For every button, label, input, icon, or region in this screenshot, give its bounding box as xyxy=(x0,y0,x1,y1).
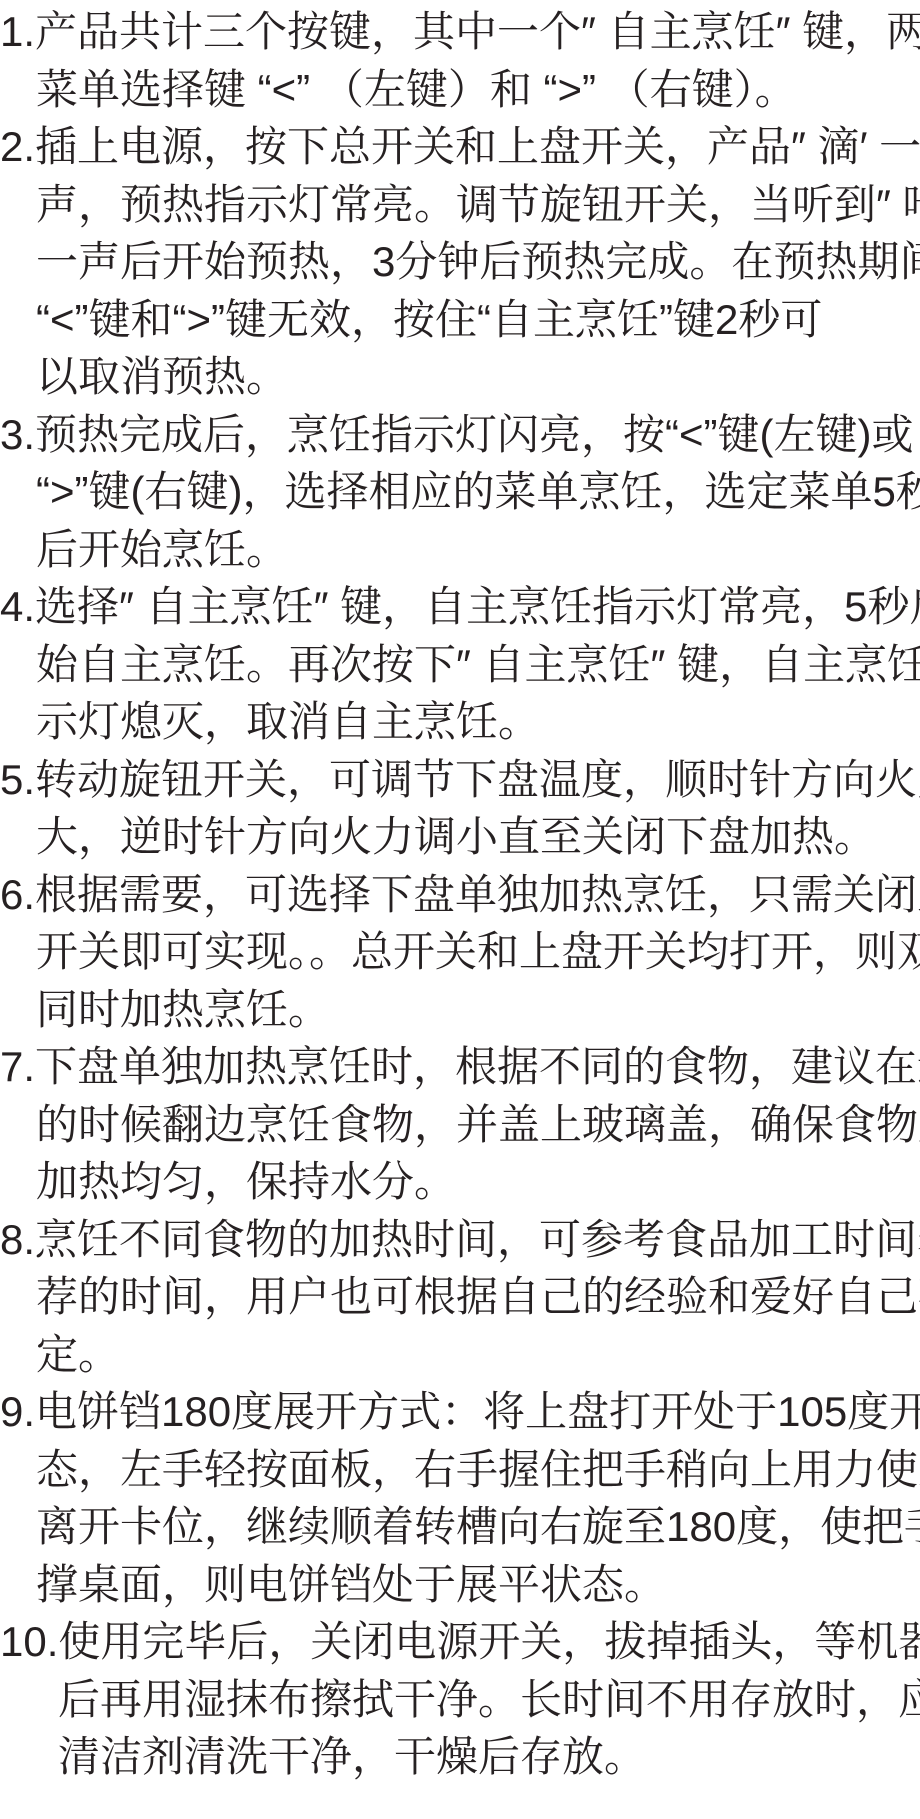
instruction-line: 离开卡位，继续顺着转槽向右旋至180度，使把手支 xyxy=(36,1498,920,1556)
instruction-line: 8.烹饪不同食物的加热时间，可参考食品加工时间表推 xyxy=(0,1211,920,1269)
instruction-line: “>”键(右键)，选择相应的菜单烹饪，选定菜单5秒 xyxy=(36,463,920,521)
instruction-line: 加热均匀，保持水分。 xyxy=(36,1153,920,1211)
instruction-line: 态，左手轻按面板，右手握住把手稍向上用力使上盖 xyxy=(36,1441,920,1499)
instruction-line: 2.插上电源，按下总开关和上盘开关，产品″ 滴′ 一 xyxy=(0,118,920,176)
instruction-line: 一声后开始预热，3分钟后预热完成。在预热期间，按 xyxy=(36,233,920,291)
instruction-line: 10.使用完毕后，关闭电源开关，拔掉插头，等机器冷却 xyxy=(0,1613,920,1671)
instruction-line: 清洁剂清洗干净，干燥后存放。 xyxy=(58,1728,920,1786)
instruction-line: 开关即可实现。。总开关和上盘开关均打开，则双盘 xyxy=(36,923,920,981)
instruction-line: 3.预热完成后，烹饪指示灯闪亮，按“<”键(左键)或 xyxy=(0,406,920,464)
instruction-line: 定。 xyxy=(36,1326,920,1384)
instruction-line: “<”键和“>”键无效，按住“自主烹饪”键2秒可 xyxy=(36,291,920,349)
instruction-line: 声，预热指示灯常亮。调节旋钮开关，当听到″ 咔″ xyxy=(36,176,920,234)
instruction-line: 9.电饼铛180度展开方式：将上盘打开处于105度开盖状 xyxy=(0,1383,920,1441)
instruction-line: 大，逆时针方向火力调小直至关闭下盘加热。 xyxy=(36,808,920,866)
instruction-line: 荐的时间，用户也可根据自己的经验和爱好自己确 xyxy=(36,1268,920,1326)
instruction-line: 后开始烹饪。 xyxy=(36,521,920,579)
instruction-line: 始自主烹饪。再次按下″ 自主烹饪″ 键，自主烹饪指 xyxy=(36,636,920,694)
instruction-line: 菜单选择键 “<” （左键）和 “>” （右键）。 xyxy=(36,61,920,119)
instruction-line: 4.选择″ 自主烹饪″ 键，自主烹饪指示灯常亮，5秒后开 xyxy=(0,578,920,636)
instruction-line: 1.产品共计三个按键，其中一个″ 自主烹饪″ 键，两个 xyxy=(0,3,920,61)
instruction-line: 示灯熄灭，取消自主烹饪。 xyxy=(36,693,920,751)
instruction-line: 6.根据需要，可选择下盘单独加热烹饪，只需关闭上盘 xyxy=(0,866,920,924)
instruction-line: 以取消预热。 xyxy=(36,348,920,406)
instruction-line: 5.转动旋钮开关，可调节下盘温度，顺时针方向火力调 xyxy=(0,751,920,809)
instruction-line: 撑桌面，则电饼铛处于展平状态。 xyxy=(36,1556,920,1614)
instruction-line: 的时候翻边烹饪食物，并盖上玻璃盖，确保食物烹饪 xyxy=(36,1096,920,1154)
instruction-line: 7.下盘单独加热烹饪时，根据不同的食物，建议在适当 xyxy=(0,1038,920,1096)
manual-page: 1.产品共计三个按键，其中一个″ 自主烹饪″ 键，两个 菜单选择键 “<” （左… xyxy=(0,0,920,1819)
instruction-line: 后再用湿抹布擦拭干净。长时间不用存放时，应使用 xyxy=(58,1671,920,1729)
instruction-line: 同时加热烹饪。 xyxy=(36,981,920,1039)
